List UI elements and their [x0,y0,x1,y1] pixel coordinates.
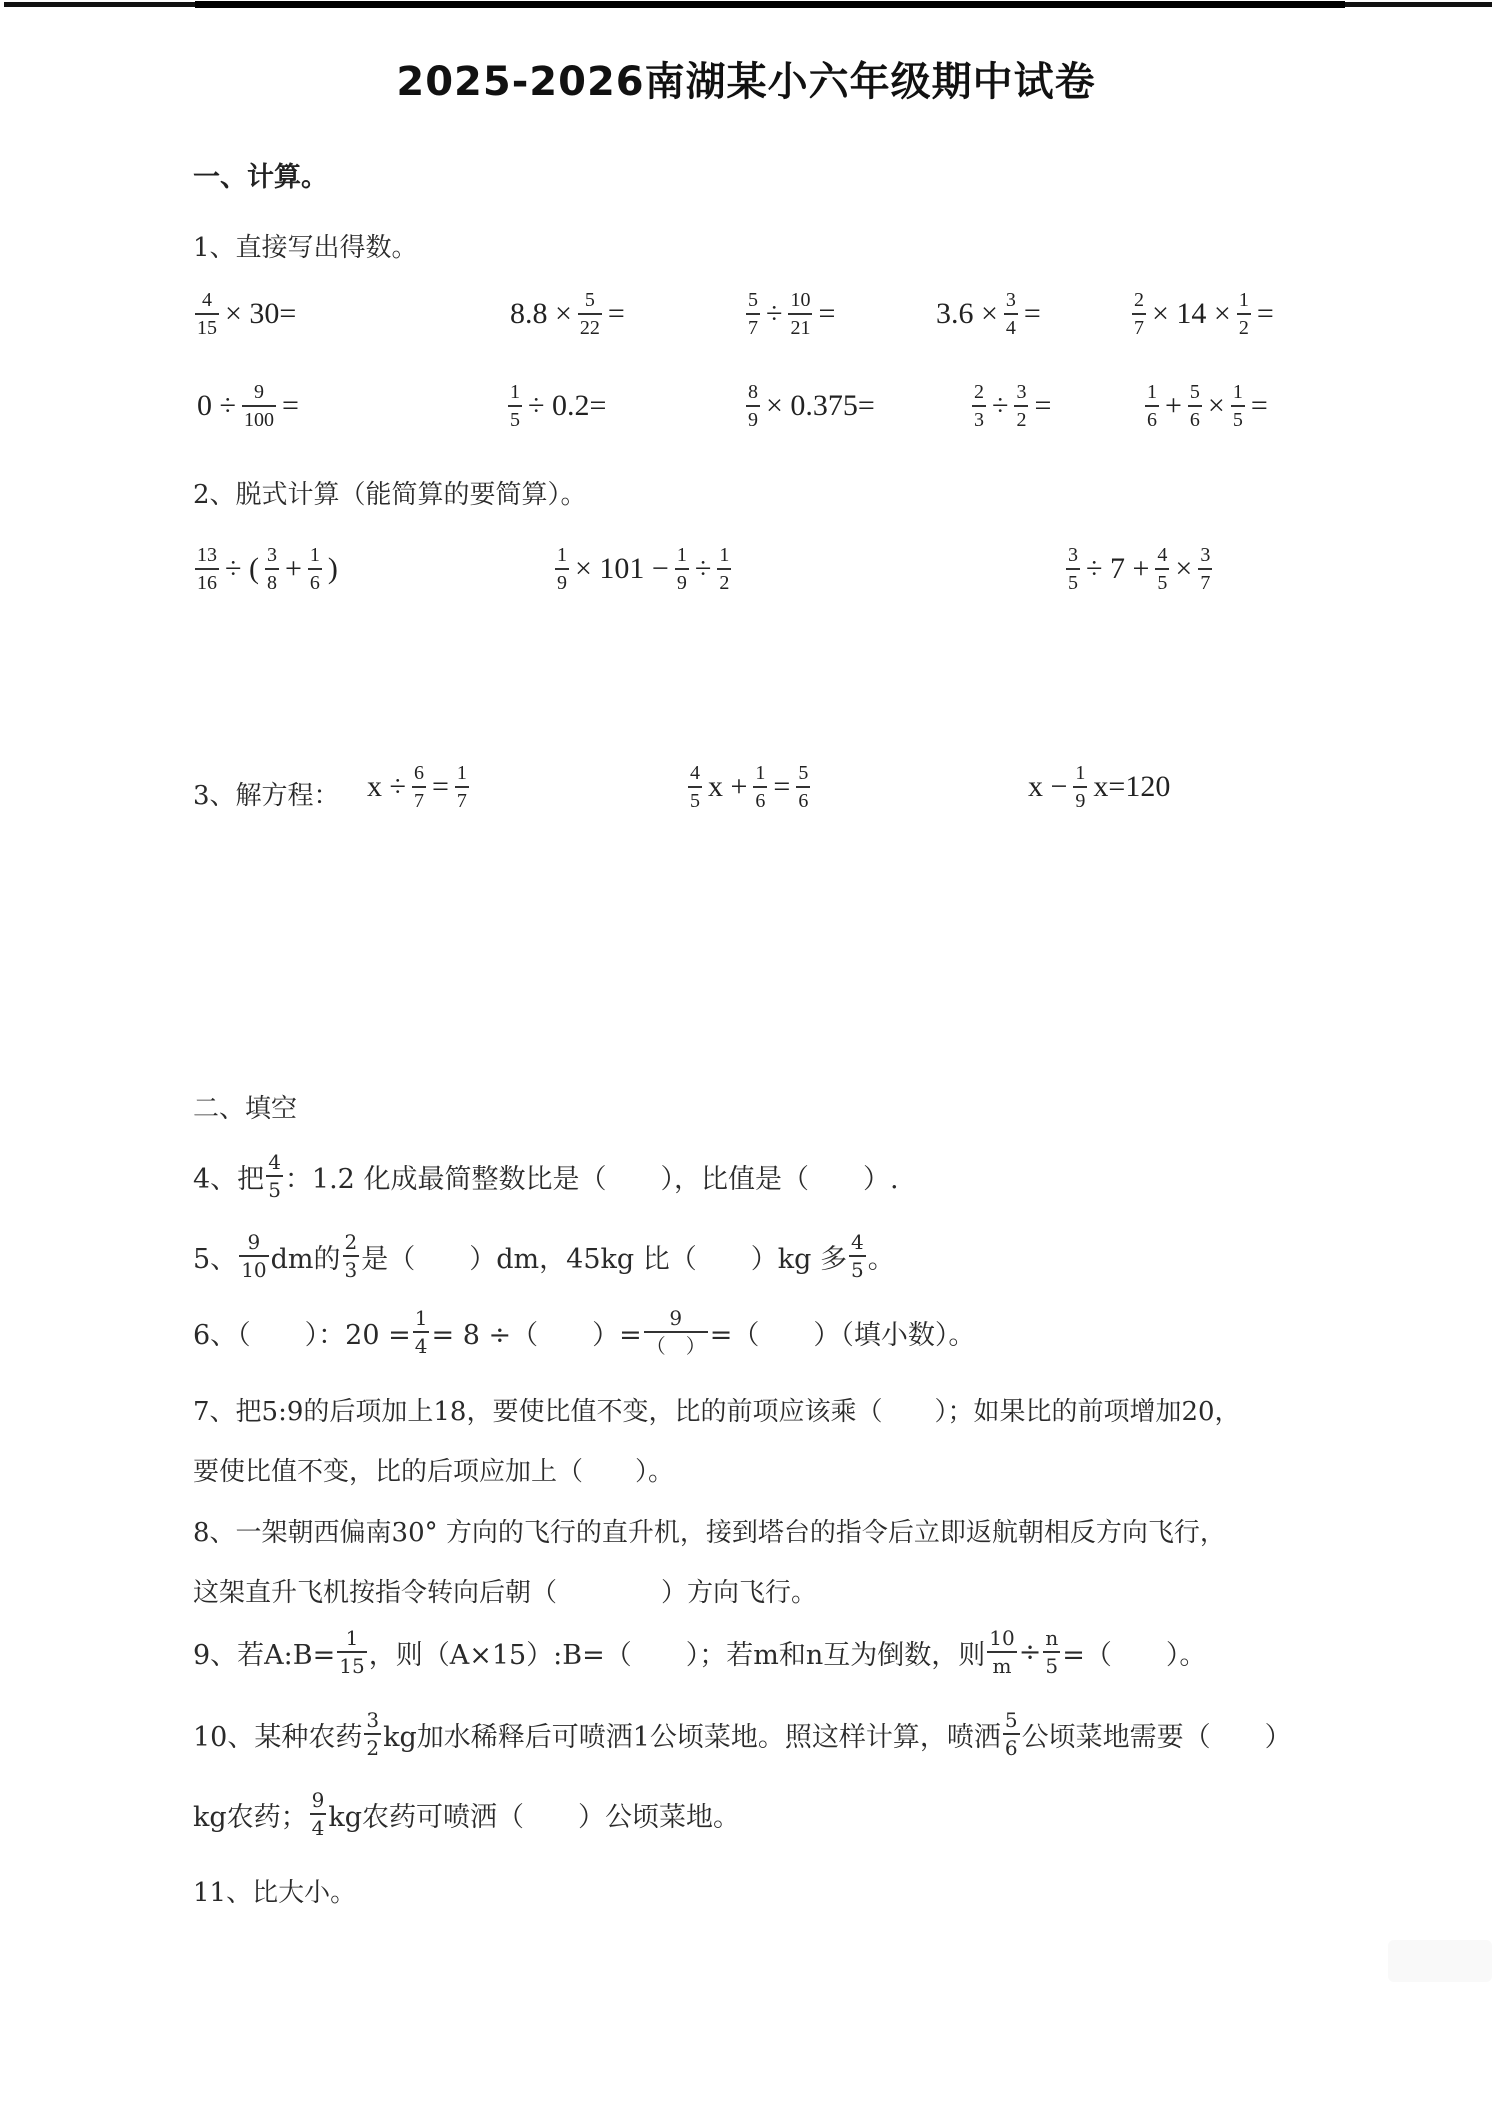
fraction: 16 [753,763,767,811]
expr-text: × [1175,552,1192,586]
expr-text: + [285,552,302,586]
expr-text: ÷ 0.2= [528,389,606,423]
question-9: 9、若A:B=115，则（A×15）:B=（ ）；若m和n互为倒数，则10m÷n… [193,1628,1206,1676]
expr-text: = [1034,389,1051,423]
fraction: 32 [1014,382,1028,430]
fraction: 19 [1073,763,1087,811]
fraction: 45 [849,1232,866,1280]
question-10-line-2: kg农药；94kg农药可喷洒（ ）公顷菜地。 [193,1790,740,1838]
question-11: 11、比大小。 [193,1872,356,1909]
question-8-line-2: 这架直升飞机按指令转向后朝（ ）方向飞行。 [193,1572,817,1609]
fraction: 45 [1155,545,1169,593]
question-3-label: 3、解方程： [193,775,340,812]
expr-text: =（ ）（填小数）。 [710,1313,976,1352]
expr-text: = [773,770,790,804]
expr-text: ÷ [992,389,1008,423]
question-4: 4、把 45 ：1.2 化成最简整数比是（ ），比值是（ ）. [193,1152,899,1200]
fraction: 1021 [788,290,812,338]
fraction: 16 [308,545,322,593]
fraction: 17 [455,763,469,811]
expr-text: = 8 ÷（ ）= [431,1313,641,1352]
expr-text: × [1208,389,1225,423]
q1-expr-8: 89× 0.375= [744,382,879,430]
fraction: 12 [717,545,731,593]
expr-text: 0 ÷ [197,389,236,423]
fraction: 415 [195,290,219,338]
expr-text: ÷ [695,552,711,586]
expr-text: 5、 [193,1237,237,1276]
fraction: 89 [746,382,760,430]
expr-text: x=120 [1093,770,1170,804]
fraction: 15 [1231,382,1245,430]
fraction: 115 [337,1628,366,1676]
expr-text: = [818,297,835,331]
fraction: 45 [266,1152,283,1200]
fraction: 57 [746,290,760,338]
expr-text: 8.8 × [510,297,572,331]
expr-text: ) [328,552,338,586]
q3-equation-3: x −19x=120 [1024,763,1174,811]
expr-text: 是（ ）dm，45kg 比（ ）kg 多 [361,1237,847,1276]
fraction: 19 [555,545,569,593]
fraction: 23 [343,1232,360,1280]
expr-text: ：1.2 化成最简整数比是（ ），比值是（ ）. [285,1157,899,1196]
expr-text: = [1257,297,1274,331]
expr-text: x − [1028,770,1067,804]
fraction: 34 [1004,290,1018,338]
fraction: 27 [1132,290,1146,338]
section-1-heading: 一、计算。 [193,155,328,194]
q3-equation-1: x ÷67=17 [363,763,471,811]
expr-text: = [1251,389,1268,423]
expr-text: kg加水稀释后可喷洒1公顷菜地。照这样计算，喷洒 [383,1715,1001,1754]
q3-equation-2: 45x +16=56 [686,763,812,811]
expr-text: 公顷菜地需要（ ） [1022,1715,1292,1754]
fraction: 10m [987,1628,1016,1676]
fraction: 910 [239,1232,268,1280]
q1-expr-4: 3.6 ×34= [932,290,1045,338]
question-10-line-1: 10、某种农药32kg加水稀释后可喷洒1公顷菜地。照这样计算，喷洒56公顷菜地需… [193,1710,1292,1758]
fraction: 19 [675,545,689,593]
expr-text: kg农药可喷洒（ ）公顷菜地。 [328,1795,740,1834]
question-2-label: 2、脱式计算（能简算的要简算）。 [193,474,587,511]
fraction: 522 [578,290,602,338]
fraction: n5 [1043,1628,1060,1676]
fraction: 32 [364,1710,381,1758]
expr-text: ÷ ( [225,552,259,586]
expr-text: 9、若A:B= [193,1633,335,1672]
fraction: 56 [1188,382,1202,430]
fraction: 37 [1198,545,1212,593]
q1-expr-1: 415× 30= [193,290,300,338]
expr-text: 3.6 × [936,297,998,331]
expr-text: x ÷ [367,770,406,804]
q2-expr-2: 19× 101 −19÷12 [553,545,733,593]
expr-text: ，则（A×15）:B=（ ）；若m和n互为倒数，则 [369,1633,986,1672]
fraction: 15 [508,382,522,430]
expr-text: = [432,770,449,804]
q1-expr-3: 57÷1021= [744,290,839,338]
expr-text: kg农药； [193,1795,308,1834]
expr-text: × 0.375= [766,389,875,423]
question-8-line-1: 8、一架朝西偏南30° 方向的飞行的直升机，接到塔台的指令后立即返航朝相反方向飞… [193,1512,1226,1549]
expr-text: × 101 − [575,552,669,586]
fraction: 38 [265,545,279,593]
question-5: 5、910dm的23是（ ）dm，45kg 比（ ）kg 多45。 [193,1232,895,1280]
q1-expr-5: 27× 14 ×12= [1130,290,1278,338]
fraction: 94 [310,1790,327,1838]
fraction: 9100 [242,382,276,430]
expr-text: + [1165,389,1182,423]
expr-text: dm的 [271,1237,341,1276]
q2-expr-3: 35÷ 7 +45×37 [1064,545,1214,593]
expr-text: ÷ 7 + [1086,552,1149,586]
expr-text: × 30= [225,297,296,331]
section-2-heading: 二、填空 [193,1088,297,1125]
q1-expr-2: 8.8 ×522= [506,290,629,338]
q1-expr-6: 0 ÷9100= [193,382,303,430]
fraction: 9（ ） [644,1308,708,1356]
expr-text: 。 [868,1237,895,1276]
expr-text: × 14 × [1152,297,1231,331]
watermark-badge [1388,1940,1492,1982]
expr-text: 4、把 [193,1157,264,1196]
fraction: 56 [1003,1710,1020,1758]
fraction: 35 [1066,545,1080,593]
q1-expr-10: 16+56×15= [1143,382,1272,430]
question-7-line-2: 要使比值不变，比的后项应加上（ ）。 [193,1451,674,1488]
fraction: 14 [413,1308,430,1356]
question-7-line-1: 7、把5:9的后项加上18，要使比值不变，比的前项应该乘（ ）；如果比的前项增加… [193,1391,1241,1428]
q1-expr-7: 15÷ 0.2= [506,382,610,430]
expr-text: = [282,389,299,423]
q2-expr-1: 1316÷ (38+16) [193,545,342,593]
fraction: 1316 [195,545,219,593]
question-6: 6、（ ）：20 =14= 8 ÷（ ）=9（ ）=（ ）（填小数）。 [193,1308,975,1356]
expr-text: 10、某种农药 [193,1715,362,1754]
fraction: 45 [688,763,702,811]
expr-text: =（ ）。 [1062,1633,1206,1672]
expr-text: 6、（ ）：20 = [193,1313,411,1352]
top-border-line-thick [195,1,1345,8]
expr-text: = [1024,297,1041,331]
q1-expr-9: 23÷32= [970,382,1055,430]
exam-title: 2025-2026南湖某小六年级期中试卷 [0,50,1492,107]
fraction: 16 [1145,382,1159,430]
question-1-label: 1、直接写出得数。 [193,227,418,264]
fraction: 12 [1237,290,1251,338]
expr-text: ÷ [766,297,782,331]
expr-text: = [608,297,625,331]
expr-text: x + [708,770,747,804]
expr-text: ÷ [1019,1637,1042,1668]
fraction: 56 [796,763,810,811]
fraction: 23 [972,382,986,430]
fraction: 67 [412,763,426,811]
